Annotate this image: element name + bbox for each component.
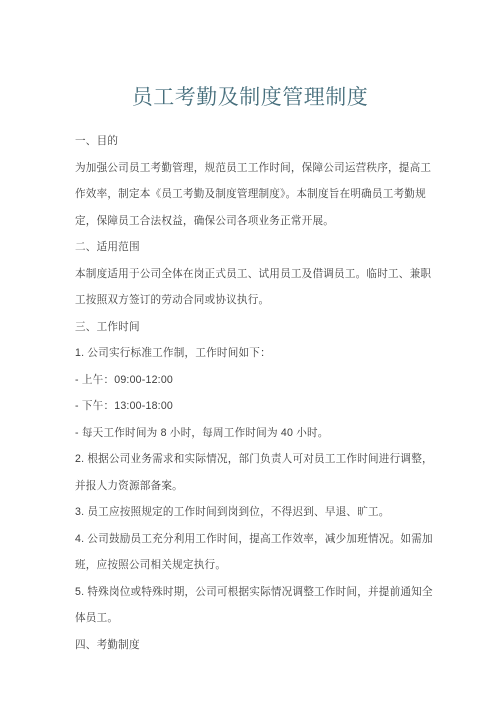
paragraph: - 上午：09:00-12:00 [75, 367, 437, 394]
paragraph: 为加强公司员工考勤管理，规范员工工作时间，保障公司运营秩序，提高工作效率，制定本… [75, 155, 437, 235]
paragraph: - 每天工作时间为 8 小时，每周工作时间为 40 小时。 [75, 420, 437, 447]
section-heading: 三、工作时间 [75, 314, 437, 341]
document-title: 员工考勤及制度管理制度 [0, 0, 500, 112]
document-page: 员工考勤及制度管理制度 一、目的为加强公司员工考勤管理，规范员工工作时间，保障公… [0, 0, 500, 707]
paragraph: 4. 公司鼓励员工充分利用工作时间，提高工作效率，减少加班情况。如需加班，应按照… [75, 526, 437, 579]
section-heading: 一、目的 [75, 128, 437, 155]
paragraph: 3. 员工应按照规定的工作时间到岗到位，不得迟到、早退、旷工。 [75, 499, 437, 526]
paragraph: 2. 根据公司业务需求和实际情况，部门负责人可对员工工作时间进行调整，并报人力资… [75, 446, 437, 499]
paragraph: 5. 特殊岗位或特殊时期，公司可根据实际情况调整工作时间，并提前通知全体员工。 [75, 579, 437, 632]
section-heading: 二、适用范围 [75, 234, 437, 261]
paragraph: 1. 公司实行标准工作制，工作时间如下： [75, 340, 437, 367]
document-body: 一、目的为加强公司员工考勤管理，规范员工工作时间，保障公司运营秩序，提高工作效率… [75, 128, 437, 658]
paragraph: - 下午：13:00-18:00 [75, 393, 437, 420]
paragraph: 本制度适用于公司全体在岗正式员工、试用员工及借调员工。临时工、兼职工按照双方签订… [75, 261, 437, 314]
section-heading: 四、考勤制度 [75, 632, 437, 659]
